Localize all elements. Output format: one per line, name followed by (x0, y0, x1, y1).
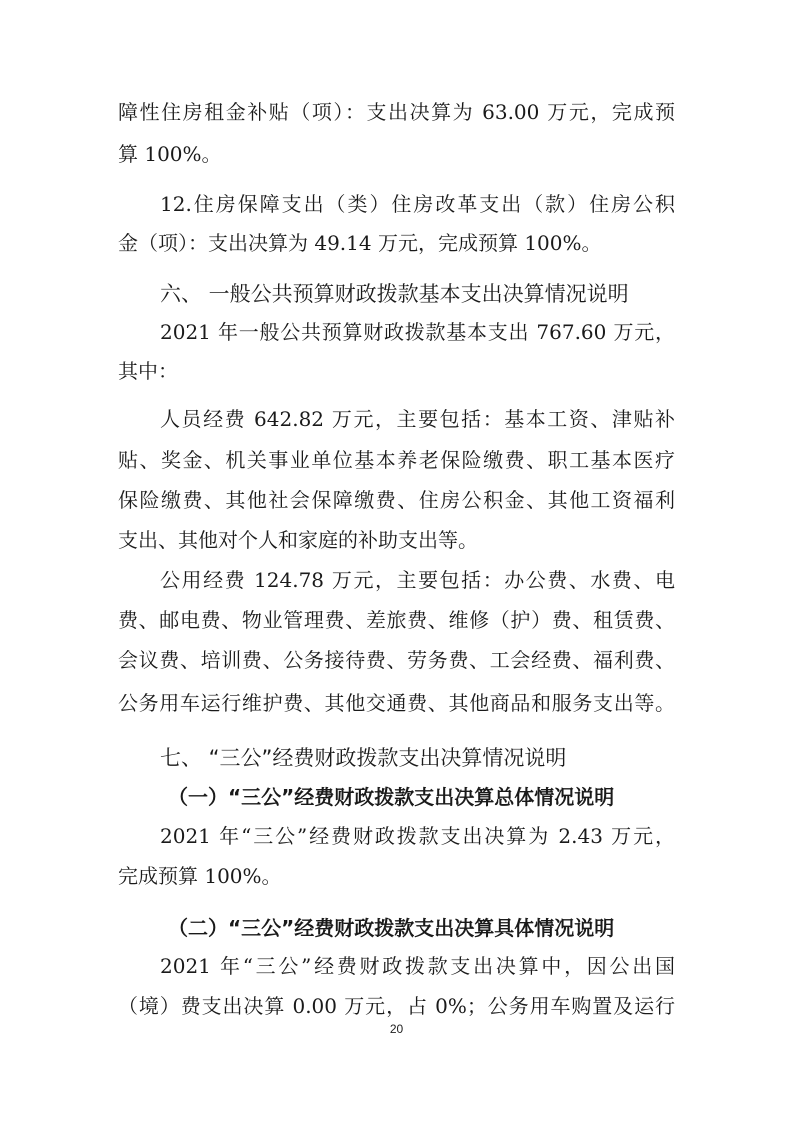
paragraph-line: 2021 年“三公”经费财政拨款支出决算为 2.43 万元， (160, 822, 675, 850)
page-number: 20 (0, 1022, 793, 1036)
paragraph-line: 费、邮电费、物业管理费、差旅费、维修（护）费、租赁费、 (118, 606, 675, 634)
paragraph-line: 2021 年一般公共预算财政拨款基本支出 767.60 万元， (160, 318, 675, 346)
paragraph-line: （境）费支出决算 0.00 万元，占 0%；公务用车购置及运行 (118, 992, 675, 1020)
paragraph-line: 保险缴费、其他社会保障缴费、住房公积金、其他工资福利 (118, 486, 675, 514)
section-heading-6: 六、 一般公共预算财政拨款基本支出决算情况说明 (160, 280, 629, 308)
paragraph-line: 贴、奖金、机关事业单位基本养老保险缴费、职工基本医疗 (118, 446, 675, 474)
section-heading-7: 七、 “三公”经费财政拨款支出决算情况说明 (160, 744, 566, 772)
paragraph-line: 障性住房租金补贴（项）：支出决算为 63.00 万元，完成预 (118, 98, 675, 126)
subsection-heading-1: （一）“三公”经费财政拨款支出决算总体情况说明 (168, 783, 614, 811)
paragraph-line: 算 100%。 (118, 140, 675, 168)
paragraph-line: 公用经费 124.78 万元，主要包括：办公费、水费、电 (160, 566, 675, 594)
paragraph-line: 完成预算 100%。 (118, 862, 675, 890)
paragraph-line: 会议费、培训费、公务接待费、劳务费、工会经费、福利费、 (118, 646, 675, 674)
subsection-heading-2: （二）“三公”经费财政拨款支出决算具体情况说明 (168, 914, 614, 942)
paragraph-line: 公务用车运行维护费、其他交通费、其他商品和服务支出等。 (118, 689, 675, 717)
paragraph-line: 人员经费 642.82 万元，主要包括：基本工资、津贴补 (160, 405, 675, 433)
paragraph-line: 支出、其他对个人和家庭的补助支出等。 (118, 526, 675, 554)
paragraph-line: 12.住房保障支出（类）住房改革支出（款）住房公积 (160, 190, 675, 218)
paragraph-line: 金（项）：支出决算为 49.14 万元，完成预算 100%。 (118, 229, 675, 257)
paragraph-line: 2021 年“三公”经费财政拨款支出决算中，因公出国 (160, 952, 675, 980)
paragraph-line: 其中： (118, 357, 675, 385)
